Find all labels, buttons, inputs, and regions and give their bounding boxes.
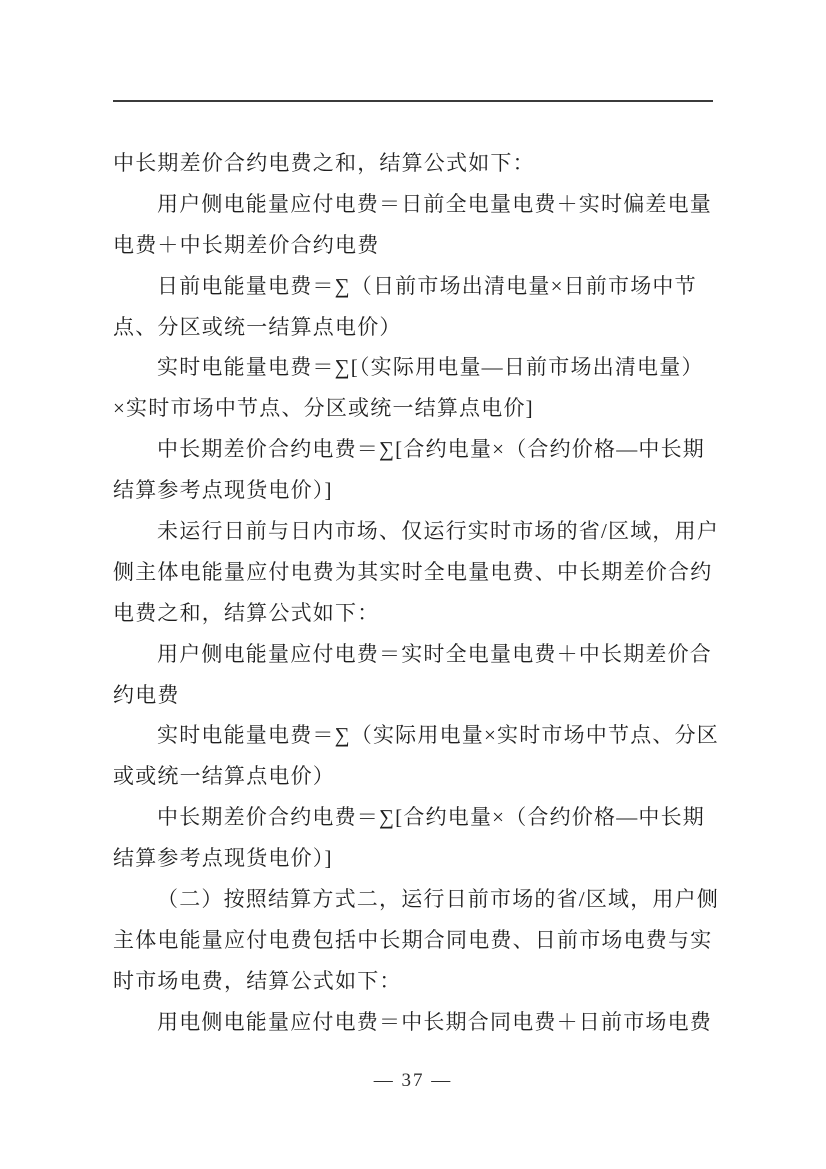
text-line: 结算参考点现货电价）]	[113, 470, 719, 511]
text-line: ×实时市场中节点、分区或统一结算点电价]	[113, 388, 719, 429]
text-line: 时市场电费，结算公式如下：	[113, 961, 719, 1002]
text-line: 实时电能量电费＝∑（实际用电量×实时市场中节点、分区	[113, 715, 719, 756]
text-line: 中长期差价合约电费之和，结算公式如下：	[113, 143, 719, 184]
text-line: 中长期差价合约电费＝∑[合约电量×（合约价格—中长期	[113, 429, 719, 470]
body-text: 中长期差价合约电费之和，结算公式如下： 用户侧电能量应付电费＝日前全电量电费＋实…	[113, 143, 719, 1043]
text-line: 电费之和，结算公式如下：	[113, 593, 719, 634]
header-rule	[113, 100, 713, 102]
text-line: 未运行日前与日内市场、仅运行实时市场的省/区域，用户	[113, 511, 719, 552]
text-line: 结算参考点现货电价）]	[113, 838, 719, 879]
text-line: 侧主体电能量应付电费为其实时全电量电费、中长期差价合约	[113, 552, 719, 593]
text-line: 电费＋中长期差价合约电费	[113, 225, 719, 266]
text-line: （二）按照结算方式二，运行日前市场的省/区域，用户侧	[113, 879, 719, 920]
text-line: 点、分区或统一结算点电价）	[113, 307, 719, 348]
text-line: 主体电能量应付电费包括中长期合同电费、日前市场电费与实	[113, 920, 719, 961]
document-page: 中长期差价合约电费之和，结算公式如下： 用户侧电能量应付电费＝日前全电量电费＋实…	[0, 0, 826, 1169]
text-line: 用电侧电能量应付电费＝中长期合同电费＋日前市场电费	[113, 1002, 719, 1043]
text-line: 实时电能量电费＝∑[（实际用电量—日前市场出清电量）	[113, 347, 719, 388]
text-line: 中长期差价合约电费＝∑[合约电量×（合约价格—中长期	[113, 797, 719, 838]
text-line: 日前电能量电费＝∑（日前市场出清电量×日前市场中节	[113, 266, 719, 307]
text-line: 用户侧电能量应付电费＝实时全电量电费＋中长期差价合	[113, 634, 719, 675]
page-number: — 37 —	[0, 1066, 826, 1096]
text-line: 或或统一结算点电价）	[113, 756, 719, 797]
text-line: 约电费	[113, 675, 719, 716]
text-line: 用户侧电能量应付电费＝日前全电量电费＋实时偏差电量	[113, 184, 719, 225]
